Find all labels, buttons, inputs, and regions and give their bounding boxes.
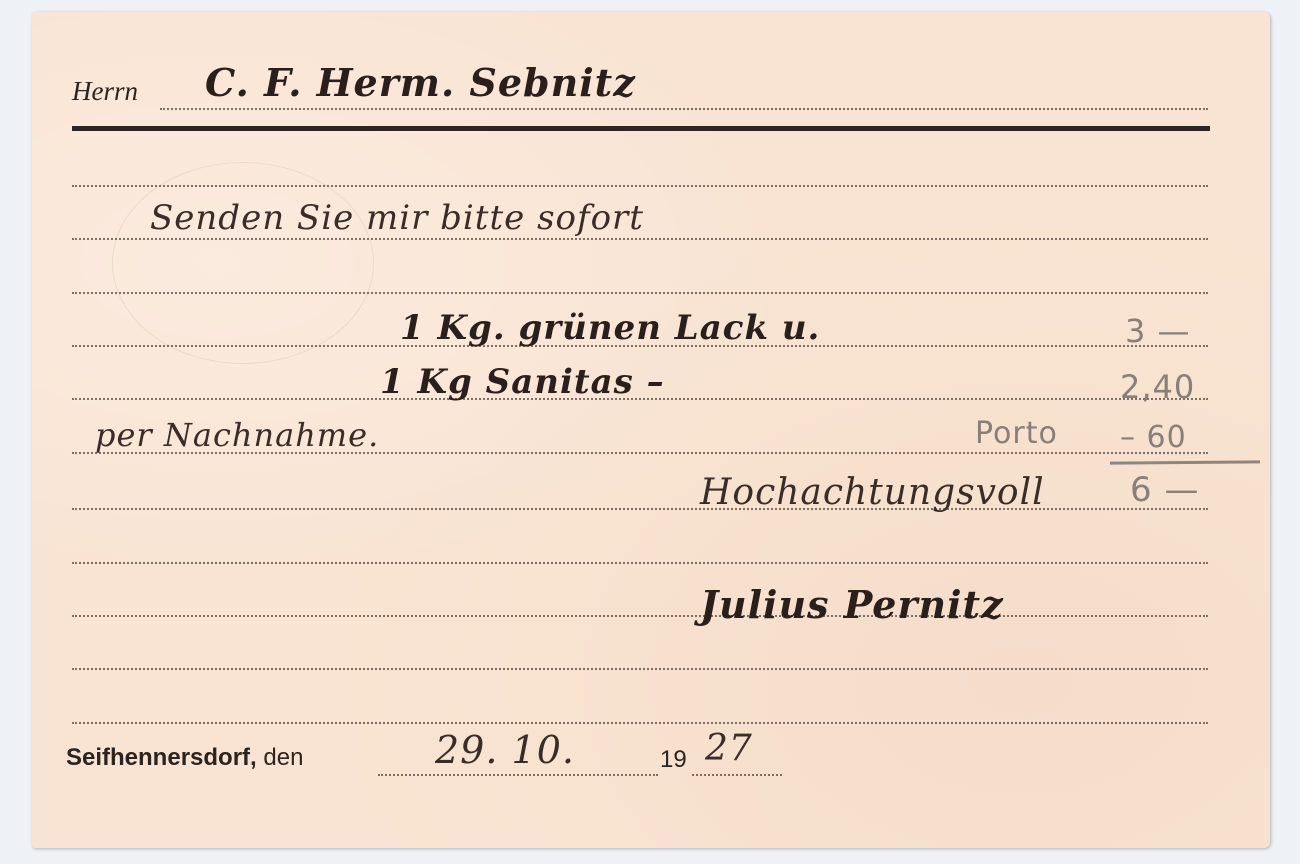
writing-line (72, 615, 1208, 617)
amount-porto: – 60 (1120, 420, 1187, 455)
amount-2: 2,40 (1120, 368, 1195, 406)
body-line-3: 1 Kg Sanitas – (380, 362, 665, 402)
footer-place: Seifhennersdorf, den (66, 744, 303, 772)
porto-label: Porto (975, 416, 1058, 451)
body-line-1: Senden Sie mir bitte sofort (150, 198, 644, 238)
date-handwritten: 29. 10. (435, 728, 575, 772)
writing-line (72, 668, 1208, 670)
year-dotted-line (692, 774, 782, 776)
date-dotted-line (378, 774, 658, 776)
faded-stamp-mark (112, 162, 374, 364)
recipient-dotted-line (160, 108, 1208, 110)
den-label: den (263, 744, 303, 771)
signature: Julius Pernitz (700, 582, 1004, 627)
header-rule (72, 126, 1210, 131)
year-handwritten: 27 (705, 728, 753, 769)
recipient-handwritten: C. F. Herm. Sebnitz (205, 60, 636, 105)
year-prefix: 19 (660, 746, 687, 774)
body-line-2: 1 Kg. grünen Lack u. (400, 308, 820, 348)
writing-line (72, 722, 1208, 724)
amount-total: 6 — (1130, 470, 1199, 510)
writing-line (72, 185, 1208, 187)
place-name: Seifhennersdorf, (66, 744, 257, 771)
writing-line (72, 562, 1208, 564)
amount-1: 3 — (1125, 312, 1191, 350)
closing-line: Hochachtungsvoll (700, 472, 1045, 513)
salutation-label: Herrn (72, 76, 138, 107)
writing-line (72, 292, 1208, 294)
writing-line (72, 238, 1208, 240)
body-line-4: per Nachnahme. (95, 416, 379, 454)
